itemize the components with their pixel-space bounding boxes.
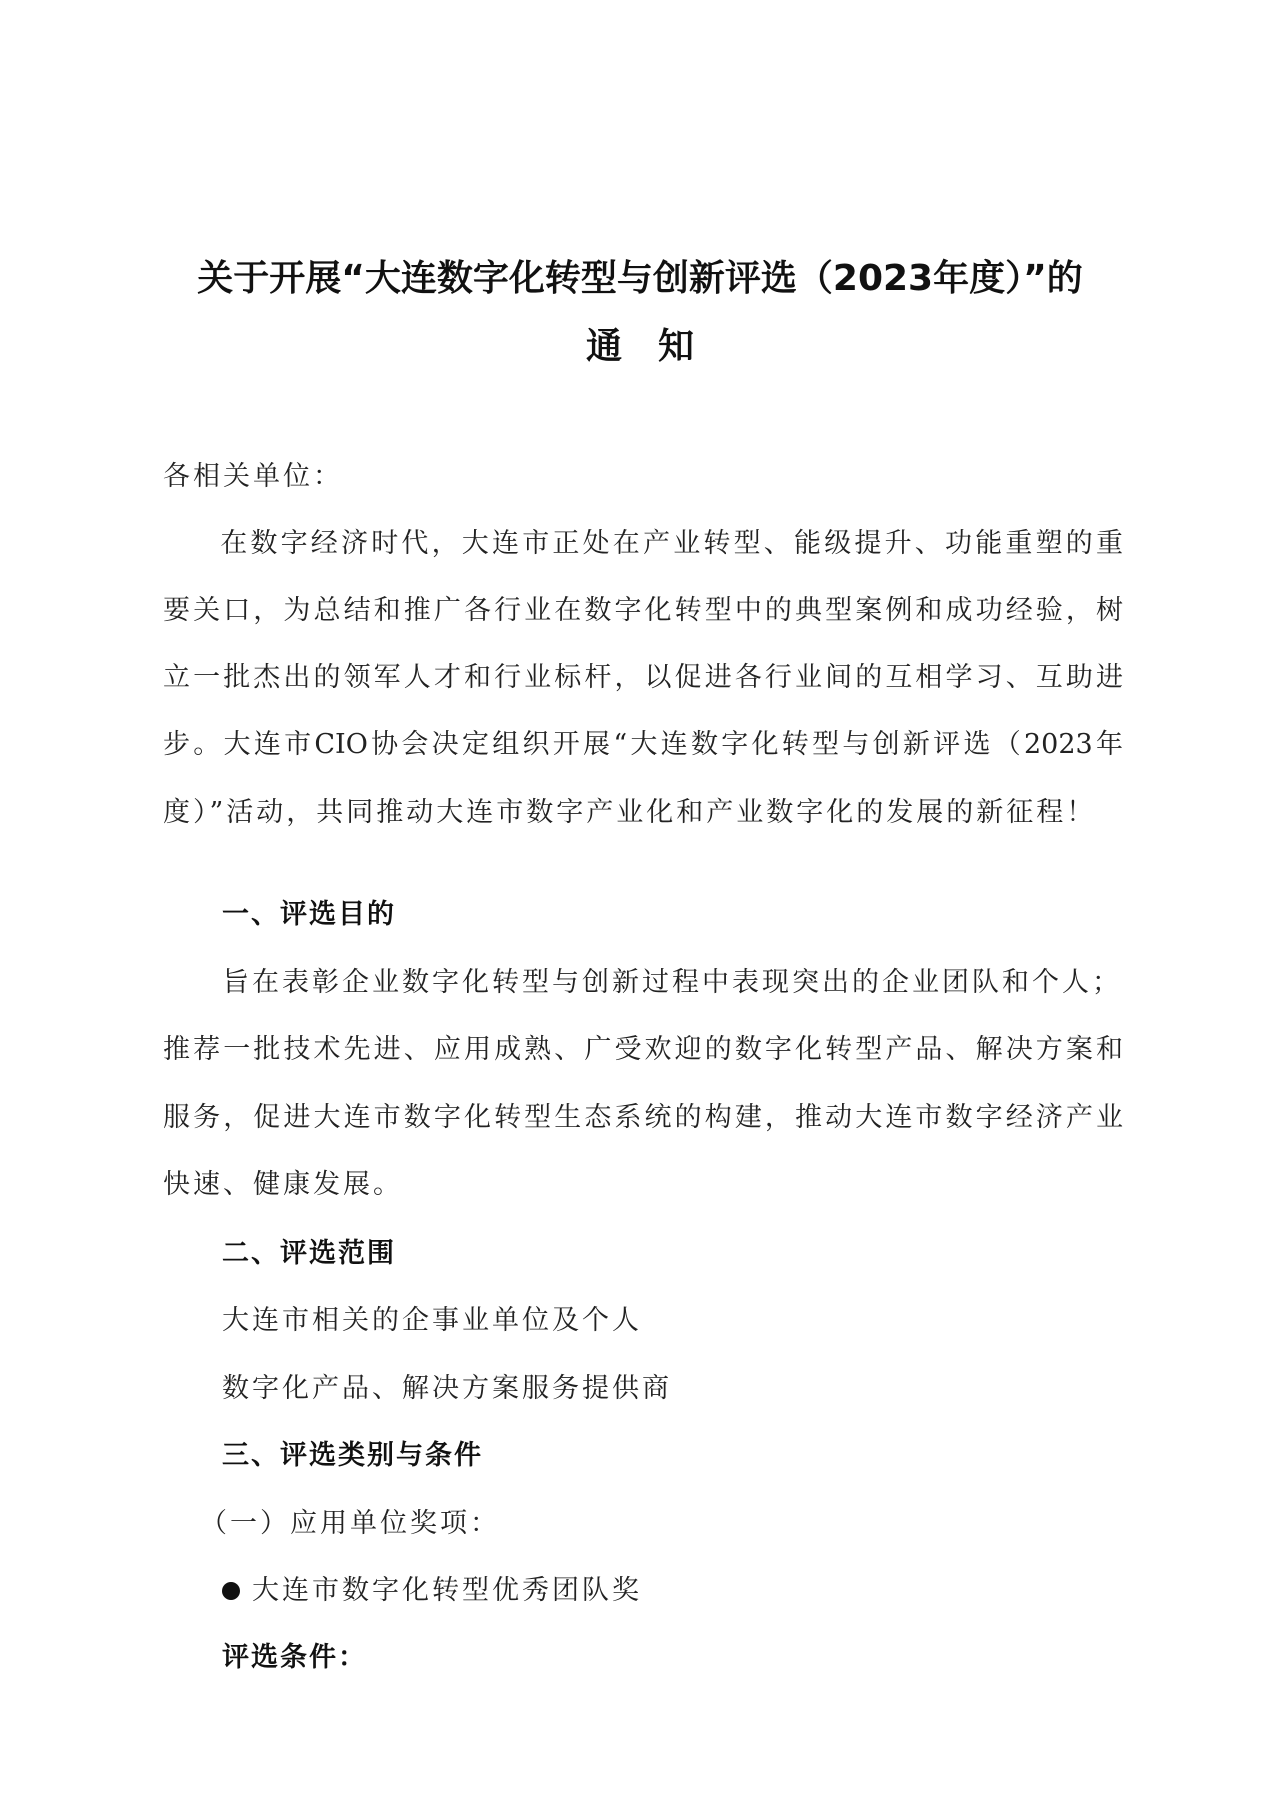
section2-item-1: 大连市相关的企事业单位及个人	[222, 1303, 1182, 1339]
section1-line-3: 服务，促进大连市数字化转型生态系统的构建，推动大连市数字经济产业	[163, 1100, 1123, 1136]
section3-subheading: （一）应用单位奖项：	[200, 1506, 1160, 1542]
section1-line-4: 快速、健康发展。	[163, 1167, 1123, 1203]
document-page: 关于开展“大连数字化转型与创新评选（2023年度）”的 通知 各相关单位： 在数…	[0, 0, 1280, 1810]
intro-line-2: 要关口，为总结和推广各行业在数字化转型中的典型案例和成功经验，树	[163, 593, 1123, 629]
intro-line-3: 立一批杰出的领军人才和行业标杆，以促进各行业间的互相学习、互助进	[163, 660, 1123, 696]
section2-item-2: 数字化产品、解决方案服务提供商	[222, 1371, 1182, 1407]
section1-line-1: 旨在表彰企业数字化转型与创新过程中表现突出的企业团队和个人；	[222, 965, 1182, 1001]
section3-heading: 三、评选类别与条件	[222, 1438, 1182, 1474]
award-name: 大连市数字化转型优秀团队奖	[252, 1573, 642, 1609]
criteria-label: 评选条件：	[222, 1640, 1182, 1676]
award-list-item: 大连市数字化转型优秀团队奖	[222, 1573, 1182, 1609]
section1-heading: 一、评选目的	[222, 897, 1182, 933]
intro-line-1: 在数字经济时代，大连市正处在产业转型、能级提升、功能重塑的重	[190, 526, 1123, 562]
section1-line-2: 推荐一批技术先进、应用成熟、广受欢迎的数字化转型产品、解决方案和	[163, 1032, 1123, 1068]
section2-heading: 二、评选范围	[222, 1236, 1182, 1272]
salutation: 各相关单位：	[163, 459, 1123, 495]
document-title-line2: 通知	[0, 318, 1280, 369]
intro-line-5: 度）”活动，共同推动大连市数字产业化和产业数字化的发展的新征程！	[163, 795, 1123, 831]
bullet-icon	[222, 1582, 240, 1600]
intro-line-4: 步。大连市CIO协会决定组织开展“大连数字化转型与创新评选（2023年	[163, 727, 1123, 763]
document-title-line1: 关于开展“大连数字化转型与创新评选（2023年度）”的	[0, 250, 1280, 301]
